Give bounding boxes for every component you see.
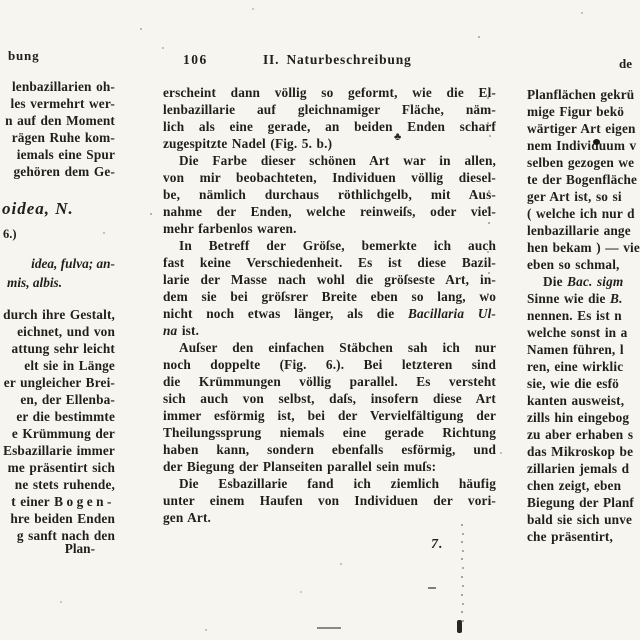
text-segment: fast keine Verschiedenheit. Es ist diese… [163, 255, 496, 270]
text-segment: nem Individuum v [527, 138, 636, 153]
text-segment: hen bekam ) — vie [527, 240, 640, 255]
text-segment: sich auch von selbst, daſs, insofern die… [163, 391, 496, 406]
text-line: iemals eine Spur [0, 146, 115, 163]
text-segment: nicht noch etwas länger, als die [163, 306, 408, 321]
text-segment: kanten ausweist, [527, 393, 624, 408]
text-segment: lich als eine gerade, an beiden Enden sc… [163, 119, 496, 134]
text-segment: me präsentirt sich [8, 460, 115, 475]
text-segment: selben gezogen we [527, 155, 634, 170]
text-line: attung sehr leicht [0, 340, 115, 357]
text-line: selben gezogen we [527, 154, 640, 171]
text-segment: ne stets ruhende, [15, 477, 115, 492]
text-segment: eichnet, und von [17, 324, 115, 339]
text-line: eben so schmal, [527, 256, 640, 273]
text-segment: sie, wie die esfö [527, 376, 619, 391]
text-segment: Bac. sigm [567, 274, 623, 289]
text-line: Auſser den einfachen Stäbchen sah ich nu… [163, 339, 496, 356]
diagnosis-line: idea, fulva; an- [0, 255, 115, 272]
text-segment: larie der Masse nach wohl die gröſseste … [163, 272, 496, 287]
text-line: ne stets ruhende, [0, 476, 115, 493]
text-line: e Krümmung der [0, 425, 115, 442]
text-line: rägen Ruhe kom- [0, 129, 115, 146]
catchword: Plan- [0, 541, 115, 557]
text-segment: zillarien jemals d [527, 461, 629, 476]
text-line: zugespitzte Nadel (Fig. 5. b.) [163, 135, 496, 152]
text-segment: zugespitzte Nadel (Fig. 5. b.) [163, 136, 332, 151]
text-segment: wärtiger Art eigen [527, 121, 636, 136]
text-segment: bald sie sich unve [527, 512, 632, 527]
text-line: das Mikroskop be [527, 443, 640, 460]
text-segment: Planflächen gekrü [527, 87, 634, 102]
text-line: Esbazillarie immer [0, 442, 115, 459]
text-line: sie, wie die esfö [527, 375, 640, 392]
text-segment: mige Figur bekö [527, 104, 624, 119]
left-paragraph-b: durch ihre Gestalt,eichnet, und vonattun… [0, 306, 115, 544]
text-segment: n auf den Moment [5, 113, 115, 128]
text-segment: die Krümmungen völlig parallel. Es verst… [163, 374, 496, 389]
text-segment: dem sie bei gröſsrer Breite eben so lang… [163, 289, 496, 304]
text-segment: Die [543, 274, 567, 289]
text-line: mige Figur bekö [527, 103, 640, 120]
ink-smudge [593, 139, 600, 145]
text-segment: zills hin eingebog [527, 410, 629, 425]
text-segment: nahme der Enden, welche reinweiſs, oder … [163, 204, 496, 219]
text-line: haben kann, sondern ebenfalls esförmig, … [163, 441, 496, 458]
text-segment: mehr farbenlos waren. [163, 221, 297, 236]
text-line: die Krümmungen völlig parallel. Es verst… [163, 373, 496, 390]
text-line: eichnet, und von [0, 323, 115, 340]
text-line: gen Art. [163, 509, 496, 526]
ink-blot-mark-icon: ♣ [394, 131, 401, 143]
text-segment: Theilungssprung niemals eine gerade Rich… [163, 425, 496, 440]
text-segment: das Mikroskop be [527, 444, 633, 459]
text-line: lenbazillarie ange [527, 222, 640, 239]
text-segment: erscheint dann völlig so geformt, wie di… [163, 85, 496, 100]
text-segment: lenbazillarie ange [527, 223, 631, 238]
text-segment: Bacillaria Ul- [408, 306, 496, 321]
text-line: er die bestimmte [0, 408, 115, 425]
text-segment: les vermehrt wer- [11, 96, 115, 111]
right-body-text: Planflächen gekrümige Figur beköwärtiger… [527, 86, 640, 545]
text-line: hre beiden Enden [0, 510, 115, 527]
text-line: nicht noch etwas länger, als die Bacilla… [163, 305, 496, 322]
text-line: noch doppelte (Fig. 6.). Bei letzteren s… [163, 356, 496, 373]
text-line: me präsentirt sich [0, 459, 115, 476]
text-line: te der Bogenfläche [527, 171, 640, 188]
scanned-book-spread: bung lenbazillarien oh-les vermehrt wer-… [0, 0, 640, 640]
text-line: dem sie bei gröſsrer Breite eben so lang… [163, 288, 496, 305]
scan-artifact-smear [317, 627, 341, 629]
text-line: larie der Masse nach wohl die gröſseste … [163, 271, 496, 288]
text-line: en, der Ellenba- [0, 391, 115, 408]
text-segment: t einer [11, 494, 54, 509]
text-segment: er die bestimmte [16, 409, 115, 424]
text-segment: von mir beobachteten, Individuen völlig … [163, 170, 496, 185]
text-line: na ist. [163, 322, 496, 339]
text-line: nem Individuum v [527, 137, 640, 154]
species-heading-fragment: oidea, N. [2, 199, 74, 219]
text-segment: B. [610, 291, 623, 306]
text-segment: ger Art ist, so si [527, 189, 622, 204]
text-segment: haben kann, sondern ebenfalls esförmig, … [163, 442, 496, 457]
text-segment: Sinne wie die [527, 291, 610, 306]
text-segment: gen Art. [163, 510, 211, 525]
text-segment: attung sehr leicht [12, 341, 115, 356]
text-segment: Auſser den einfachen Stäbchen sah ich nu… [179, 340, 496, 355]
text-segment: In Betreff der Gröſse, bemerkte ich auch [179, 238, 496, 253]
text-segment: Esbazillarie immer [3, 443, 115, 458]
text-segment: lenbazillarien oh- [12, 79, 115, 94]
left-running-title: bung [8, 48, 39, 64]
text-segment: be, nämlich durchaus röthlichgelb, mit A… [163, 187, 496, 202]
text-line: zu aber erhaben s [527, 426, 640, 443]
text-line: der Biegung der Planseiten parallel sein… [163, 458, 496, 475]
text-line: gehören dem Ge- [0, 163, 115, 180]
text-line: Die Bac. sigm [527, 273, 640, 290]
text-line: che präsentirt, [527, 528, 640, 545]
text-segment: iemals eine Spur [17, 147, 115, 162]
right-page-fragment: de Planflächen gekrümige Figur beköwärti… [527, 0, 640, 640]
page-number: 106 [183, 52, 208, 68]
text-segment: ist. [177, 323, 199, 338]
text-line: In Betreff der Gröſse, bemerkte ich auch [163, 237, 496, 254]
text-segment: e Krümmung der [12, 426, 115, 441]
text-segment: che präsentirt, [527, 529, 613, 544]
running-title: II. Naturbeschreibung [263, 52, 412, 68]
text-segment: immer esförmig ist, bei der Vervielfälti… [163, 408, 496, 423]
text-line: welche sonst in a [527, 324, 640, 341]
text-line: hen bekam ) — vie [527, 239, 640, 256]
text-line: ger Art ist, so si [527, 188, 640, 205]
text-line: zills hin eingebog [527, 409, 640, 426]
text-segment: elt sie in Länge [24, 358, 115, 373]
text-line: unter einem Haufen von Individuen der vo… [163, 492, 496, 509]
text-segment: unter einem Haufen von Individuen der vo… [163, 493, 496, 508]
text-line: les vermehrt wer- [0, 95, 115, 112]
text-line: Namen führen, l [527, 341, 640, 358]
text-line: Die Esbazillarie fand ich ziemlich häufi… [163, 475, 496, 492]
text-segment: nennen. Es ist n [527, 308, 622, 323]
text-line: er ungleicher Brei- [0, 374, 115, 391]
right-running-title: de [619, 56, 632, 72]
text-segment: zu aber erhaben s [527, 427, 633, 442]
text-segment: gehören dem Ge- [14, 164, 116, 179]
text-line: kanten ausweist, [527, 392, 640, 409]
text-line: fast keine Verschiedenheit. Es ist diese… [163, 254, 496, 271]
text-line: bald sie sich unve [527, 511, 640, 528]
left-paragraph-a: lenbazillarien oh-les vermehrt wer-n auf… [0, 78, 115, 180]
text-line: n auf den Moment [0, 112, 115, 129]
text-line: Planflächen gekrü [527, 86, 640, 103]
text-segment: Die Farbe dieser schönen Art war in alle… [179, 153, 496, 168]
text-line: von mir beobachteten, Individuen völlig … [163, 169, 496, 186]
text-line: nennen. Es ist n [527, 307, 640, 324]
text-line: Theilungssprung niemals eine gerade Rich… [163, 424, 496, 441]
diagnosis-line: mis, albis. [7, 274, 62, 291]
text-segment: rägen Ruhe kom- [12, 130, 115, 145]
text-segment: na [163, 323, 177, 338]
text-segment: chen zeigt, eben [527, 478, 621, 493]
text-line: t einer Bogen- [0, 493, 115, 510]
text-segment: ( welche ich nur d [527, 206, 635, 221]
text-segment: er ungleicher Brei- [4, 375, 115, 390]
body-text: erscheint dann völlig so geformt, wie di… [163, 84, 496, 526]
text-line: ( welche ich nur d [527, 205, 640, 222]
text-segment: te der Bogenfläche [527, 172, 637, 187]
text-segment: ren, eine wirklic [527, 359, 623, 374]
text-segment: eben so schmal, [527, 257, 620, 272]
text-segment: Biegung der Planf [527, 495, 634, 510]
text-line: lenbazillarien oh- [0, 78, 115, 95]
text-segment: welche sonst in a [527, 325, 627, 340]
text-line: be, nämlich durchaus röthlichgelb, mit A… [163, 186, 496, 203]
text-line: erscheint dann völlig so geformt, wie di… [163, 84, 496, 101]
text-line: ren, eine wirklic [527, 358, 640, 375]
text-segment: Namen führen, l [527, 342, 624, 357]
text-line: zillarien jemals d [527, 460, 640, 477]
text-line: Biegung der Planf [527, 494, 640, 511]
text-segment: der Biegung der Planseiten parallel sein… [163, 459, 436, 474]
ink-smudge [457, 620, 462, 633]
text-line: lenbazillarie auf gleichnamiger Fläche, … [163, 101, 496, 118]
scan-artifact-dash [428, 587, 436, 589]
text-line: chen zeigt, eben [527, 477, 640, 494]
figure-reference-fragment: 6.) [3, 227, 17, 242]
text-segment: durch ihre Gestalt, [3, 307, 115, 322]
text-segment: en, der Ellenba- [20, 392, 115, 407]
text-line: mehr farbenlos waren. [163, 220, 496, 237]
text-segment: Die Esbazillarie fand ich ziemlich häufi… [179, 476, 496, 491]
text-segment: noch doppelte (Fig. 6.). Bei letzteren s… [163, 357, 496, 372]
text-line: wärtiger Art eigen [527, 120, 640, 137]
text-line: durch ihre Gestalt, [0, 306, 115, 323]
text-line: elt sie in Länge [0, 357, 115, 374]
text-segment: lenbazillarie auf gleichnamiger Fläche, … [163, 102, 496, 117]
text-segment: hre beiden Enden [10, 511, 115, 526]
text-line: sich auch von selbst, daſs, insofern die… [163, 390, 496, 407]
text-line: nahme der Enden, welche reinweiſs, oder … [163, 203, 496, 220]
signature-mark: 7. [431, 537, 444, 553]
left-page-fragment: bung lenbazillarien oh-les vermehrt wer-… [0, 0, 120, 640]
text-line: lich als eine gerade, an beiden Enden sc… [163, 118, 496, 135]
text-line: Die Farbe dieser schönen Art war in alle… [163, 152, 496, 169]
text-line: immer esförmig ist, bei der Vervielfälti… [163, 407, 496, 424]
text-segment: Bogen- [54, 494, 115, 509]
text-line: Sinne wie die B. [527, 290, 640, 307]
scan-specks [0, 0, 2, 2]
